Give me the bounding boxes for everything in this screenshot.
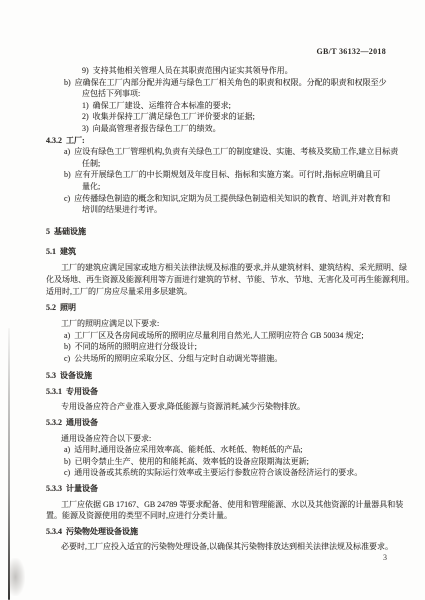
text-line: 9) 支持其他相关管理人员在其职责范围内证实其领导作用。 bbox=[46, 65, 396, 77]
standard-code-header: GB/T 36132—2018 bbox=[317, 47, 386, 56]
page-number: 3 bbox=[383, 553, 387, 562]
text-line: b) 应有开展绿色工厂的中长期规划及年度目标、指标和实施方案。可行时,指标应明确… bbox=[46, 169, 396, 181]
text-line: 4.3.2 工厂: bbox=[46, 135, 396, 147]
text-line: b) 不同的场所的照明应进行分级设计; bbox=[46, 341, 396, 353]
scanned-document-page: GB/T 36132—2018 9) 支持其他相关管理人员在其职责范围内证实其领… bbox=[0, 0, 425, 600]
text-line: 应包括下列事项: bbox=[46, 88, 396, 100]
text-line: 量化; bbox=[46, 181, 396, 193]
text-line: a) 应设有绿色工厂管理机构,负责有关绿色工厂的制度建设、实施、考核及奖励工作,… bbox=[46, 146, 396, 158]
text-line: 工厂的建筑应满足国家或地方相关法律法规及标准的要求,并从建筑材料、建筑结构、采光… bbox=[46, 262, 396, 274]
text-line: 培训的结果进行考评。 bbox=[46, 204, 396, 216]
text-line: 5.3 设备设施 bbox=[46, 370, 396, 382]
text-line: 5 基础设施 bbox=[46, 226, 396, 238]
text-line: 适用时,工厂的厂房应尽量采用多层建筑。 bbox=[46, 286, 396, 298]
text-line: 专用设备应符合产业准入要求,降低能源与资源消耗,减少污染物排放。 bbox=[46, 401, 396, 413]
text-line: 2) 收集并保持工厂满足绿色工厂评价要求的证据; bbox=[46, 111, 396, 123]
text-line: 5.3.2 通用设备 bbox=[46, 417, 396, 429]
text-line: 5.1 建筑 bbox=[46, 246, 396, 258]
text-line: 3) 向最高管理者报告绿色工厂的绩效。 bbox=[46, 123, 396, 135]
text-line: 1) 确保工厂建设、运维符合本标准的要求; bbox=[46, 100, 396, 112]
text-line: 工厂应依据 GB 17167、GB 24789 等要求配备、使用和管理能源、水以… bbox=[46, 499, 396, 511]
text-line: a) 适用时,通用设备应采用效率高、能耗低、水耗低、物耗低的产品; bbox=[46, 444, 396, 456]
text-line: 必要时,工厂应投入适宜的污染物处理设备,以确保其污染物排放达到相关法律法规及标准… bbox=[46, 541, 396, 553]
text-line: c) 通用设备或其系统的实际运行效率或主要运行参数应符合该设备经济运行的要求。 bbox=[46, 467, 396, 479]
text-line: c) 公共场所的照明应采取分区、分组与定时自动调光等措施。 bbox=[46, 353, 396, 365]
text-line: 化及场地、再生资源及能源利用等方面进行建筑的节材、节能、节水、节地、无害化及可再… bbox=[46, 274, 396, 286]
text-line: b) 应确保在工厂内部分配并沟通与绿色工厂相关角色的职责和权限。分配的职责和权限… bbox=[46, 77, 396, 89]
text-line: a) 工厂厂区及各房间或场所的照明应尽量利用自然光,人工照明应符合 GB 500… bbox=[46, 330, 396, 342]
text-line: 通用设备应符合以下要求: bbox=[46, 433, 396, 445]
text-line: b) 已明令禁止生产、使用的和能耗高、效率低的设备应限期淘汰更新; bbox=[46, 456, 396, 468]
text-line: 5.2 照明 bbox=[46, 302, 396, 314]
text-line: 5.3.4 污染物处理设备设施 bbox=[46, 526, 396, 538]
text-line: 工厂的照明应满足以下要求: bbox=[46, 318, 396, 330]
document-body: 9) 支持其他相关管理人员在其职责范围内证实其领导作用。b) 应确保在工厂内部分… bbox=[46, 65, 396, 553]
text-line: 5.3.3 计量设备 bbox=[46, 483, 396, 495]
text-line: 任制; bbox=[46, 158, 396, 170]
scan-smudge bbox=[9, 558, 25, 596]
text-line: 置。能源及资源使用的类型不同时,应进行分类计量。 bbox=[46, 510, 396, 522]
text-line: 5.3.1 专用设备 bbox=[46, 386, 396, 398]
text-line: c) 应传播绿色制造的概念和知识,定期为员工提供绿色制造相关知识的教育、培训,并… bbox=[46, 193, 396, 205]
